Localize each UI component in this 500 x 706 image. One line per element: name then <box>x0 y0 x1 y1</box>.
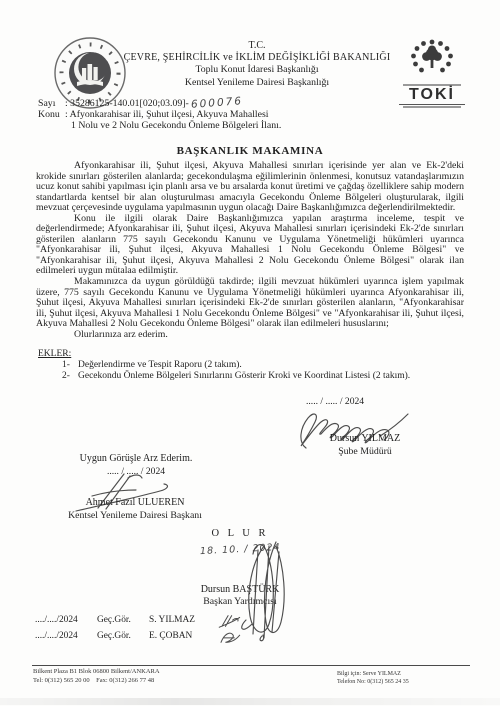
attachments-block: EKLER: 1- Değerlendirme ve Tespit Raporu… <box>38 349 410 382</box>
attachment-number: 2- <box>62 371 78 382</box>
sayi-value: : 35286125-140.01[020;03.09]-600076 <box>65 98 243 109</box>
toki-tree-icon <box>404 38 460 78</box>
konu-value-line1: : Afyonkarahisar ili, Şuhut ilçesi, Akyu… <box>65 109 269 120</box>
paragraph-3: Makamınızca da uygun görüldüğü takdirde;… <box>36 277 464 330</box>
attachment-number: 1- <box>62 360 78 371</box>
footer-divider <box>32 665 470 666</box>
sayi-printed-value: : 35286125-140.01[020;03.09]- <box>65 98 189 109</box>
letterhead-ministry: ÇEVRE, ŞEHİRCİLİK ve İKLİM DEĞİŞİKLİĞİ B… <box>118 52 396 64</box>
toki-logo: TOKİ <box>399 38 465 108</box>
body-text: Afyonkarahisar ili, Şuhut ilçesi, Akyuva… <box>36 161 464 340</box>
letterhead-department: Kentsel Yenileme Dairesi Başkanlığı <box>118 77 396 89</box>
attachments-heading: EKLER: <box>38 349 410 360</box>
attachment-text: Gecekondu Önleme Bölgeleri Sınırlarını G… <box>78 371 410 382</box>
daire-baskan-title: Kentsel Yenileme Dairesi Başkanı <box>45 510 225 523</box>
document-title: BAŞKANLIK MAKAMINA <box>0 145 500 157</box>
reference-block: Sayı : 35286125-140.01[020;03.09]-600076… <box>38 98 281 132</box>
sube-mudur-name: Dursun YILMAZ <box>300 432 430 445</box>
footer-address: Bilkent Plaza B1 Blok 06800 Bilkent/ANKA… <box>33 668 160 685</box>
paragraph-2: Konu ile ilgili olarak Daire Başkanlığım… <box>36 214 464 277</box>
scan-artifact <box>0 698 500 705</box>
daire-baskan-block: Ahmet Fazıl ULUEREN Kentsel Yenileme Dai… <box>45 497 225 522</box>
scanned-official-letter: TOKİ T.C. ÇEVRE, ŞEHİRCİLİK ve İKLİM DEĞ… <box>0 0 500 706</box>
sube-mudur-title: Şube Müdürü <box>300 445 430 458</box>
gec-gor-row: ..../..../2024 Geç.Gör. E. ÇOBAN <box>35 629 243 645</box>
sube-mudur-block: Dursun YILMAZ Şube Müdürü <box>300 432 430 458</box>
daire-baskan-name: Ahmet Fazıl ULUEREN <box>45 497 225 510</box>
footer-contact-line2: Telefon No: 0(312) 565 24 35 <box>337 678 409 686</box>
letterhead-tc: T.C. <box>118 40 396 52</box>
attachment-item: 2- Gecekondu Önleme Bölgeleri Sınırların… <box>62 371 410 382</box>
approval-note: Uygun Görüşle Arz Ederim. <box>55 453 217 466</box>
sayi-row: Sayı : 35286125-140.01[020;03.09]-600076 <box>38 98 281 109</box>
footer-contact-line1: Bilgi için: Serve YILMAZ <box>337 670 409 678</box>
konu-value-line2: 1 Nolu ve 2 Nolu Gecekondu Önleme Bölgel… <box>38 120 281 131</box>
closing-line: Olurlarınıza arz ederim. <box>36 330 464 341</box>
sayi-label: Sayı <box>38 98 65 109</box>
letterhead: T.C. ÇEVRE, ŞEHİRCİLİK ve İKLİM DEĞİŞİKL… <box>118 40 396 89</box>
footer-contact: Bilgi için: Serve YILMAZ Telefon No: 0(3… <box>337 670 409 686</box>
konu-label: Konu <box>38 109 65 120</box>
attachment-text: Değerlendirme ve Tespit Raporu (2 takım)… <box>78 360 242 371</box>
gec-gor-row: ..../..../2024 Geç.Gör. S. YILMAZ <box>35 613 243 629</box>
gec-gor-block: ..../..../2024 Geç.Gör. S. YILMAZ ..../.… <box>35 613 243 645</box>
gec-gor-name: S. YILMAZ <box>149 615 211 627</box>
footer-address-line2: Tel: 0(312) 565 20 00 Fax: 0(312) 266 77… <box>33 677 160 686</box>
toki-wordmark: TOKİ <box>399 87 465 105</box>
gec-gor-date: ..../..../2024 <box>35 631 97 643</box>
olur-signature <box>222 536 302 644</box>
konu-row: Konu : Afyonkarahisar ili, Şuhut ilçesi,… <box>38 109 281 120</box>
letterhead-administration: Toplu Konut İdaresi Başkanlığı <box>118 64 396 76</box>
gec-gor-name: E. ÇOBAN <box>149 631 211 643</box>
footer-address-line1: Bilkent Plaza B1 Blok 06800 Bilkent/ANKA… <box>33 668 160 677</box>
gec-gor-date: ..../..../2024 <box>35 615 97 627</box>
gec-gor-label: Geç.Gör. <box>97 631 149 643</box>
paragraph-1: Afyonkarahisar ili, Şuhut ilçesi, Akyuva… <box>36 161 464 214</box>
gec-gor-label: Geç.Gör. <box>97 615 149 627</box>
toki-small-text-bottom <box>403 106 461 108</box>
attachment-item: 1- Değerlendirme ve Tespit Raporu (2 tak… <box>62 360 410 371</box>
